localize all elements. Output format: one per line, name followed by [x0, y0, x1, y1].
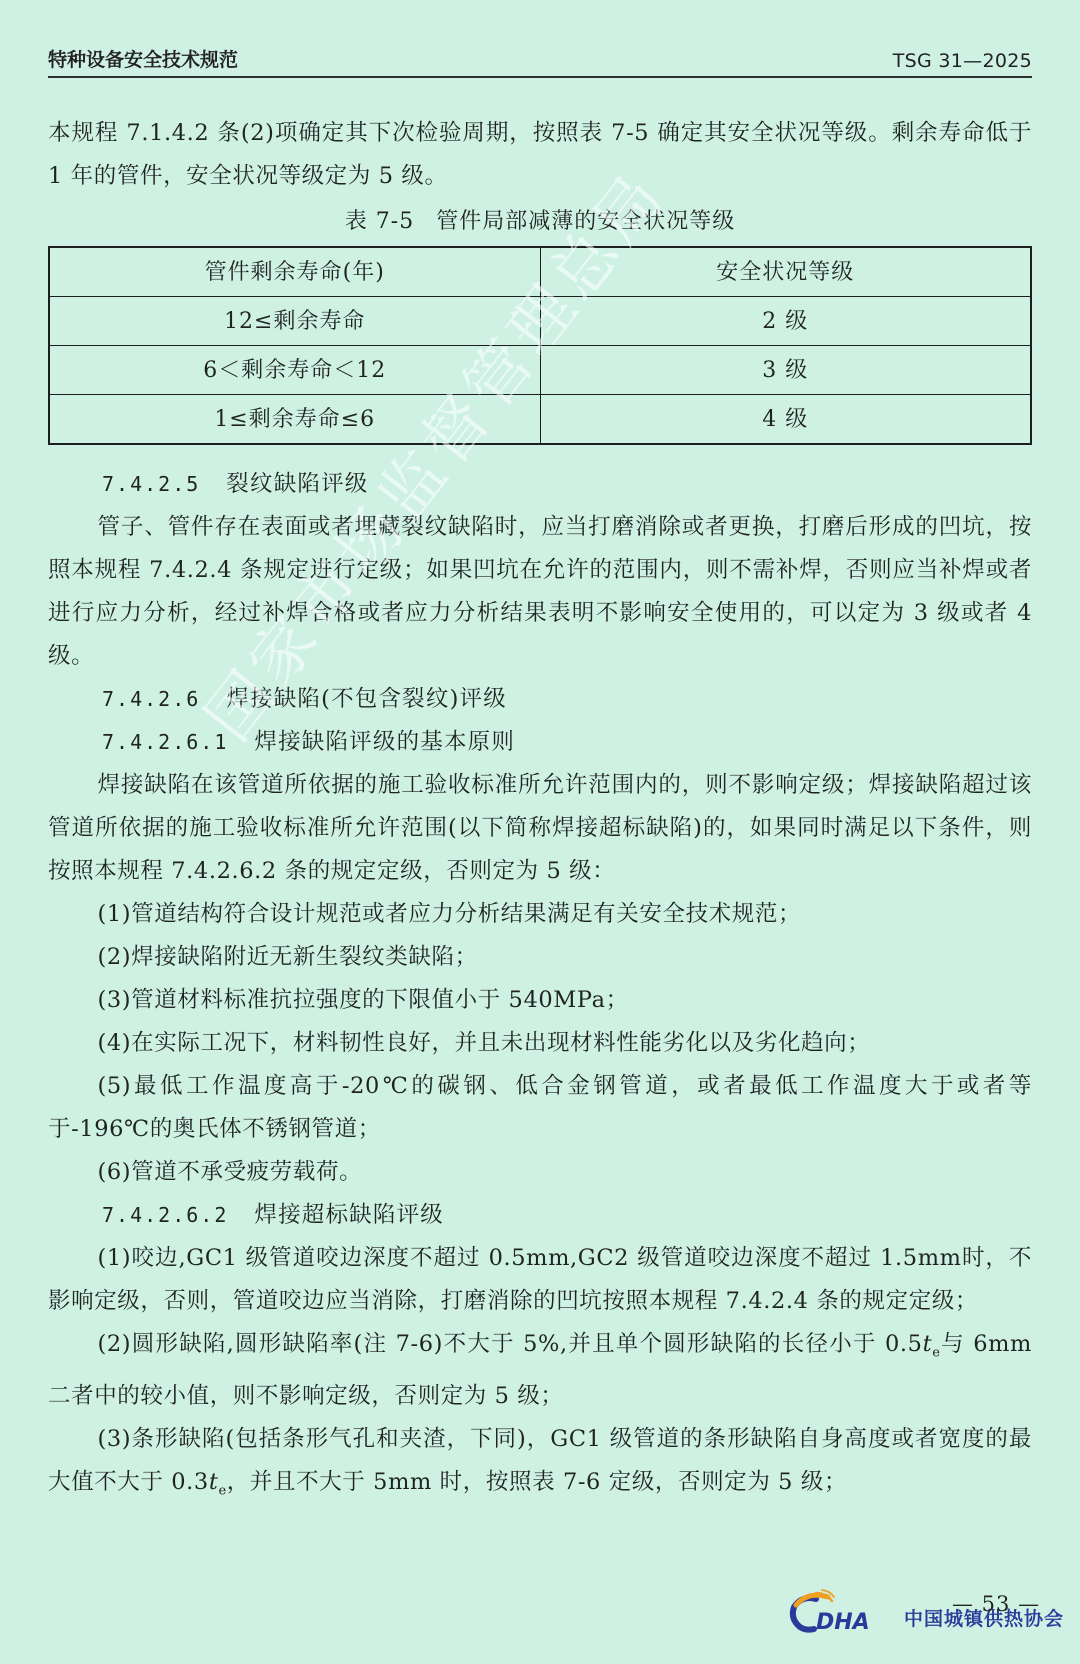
variable-te: te [209, 1469, 227, 1495]
table-cell: 12≤剩余寿命 [49, 297, 540, 346]
table-cell: 1≤剩余寿命≤6 [49, 395, 540, 445]
section-title: 焊接缺陷(不包含裂纹)评级 [226, 686, 507, 712]
section-number: 7.4.2.6.1 [102, 730, 228, 754]
section-title: 焊接超标缺陷评级 [254, 1202, 444, 1228]
list-item: (3)条形缺陷(包括条形气孔和夹渣，下同)，GC1 级管道的条形缺陷自身高度或者… [48, 1418, 1032, 1513]
list-item: (1)咬边,GC1 级管道咬边深度不超过 0.5mm,GC2 级管道咬边深度不超… [48, 1237, 1032, 1323]
table-cell: 6＜剩余寿命＜12 [49, 346, 540, 395]
section-number: 7.4.2.6 [102, 687, 200, 711]
column-header: 安全状况等级 [540, 247, 1031, 297]
cdha-logo-icon: DHA [786, 1589, 898, 1639]
item-text: ，并且不大于 5mm 时，按照表 7-6 定级，否则定为 5 级； [227, 1469, 847, 1495]
intro-paragraph: 本规程 7.1.4.2 条(2)项确定其下次检验周期，按照表 7-5 确定其安全… [48, 112, 1032, 198]
section-title: 裂纹缺陷评级 [226, 471, 368, 497]
table-number: 表 7-5 [345, 209, 414, 234]
list-item: (6)管道不承受疲劳载荷。 [48, 1151, 1032, 1194]
table-header-row: 管件剩余寿命(年) 安全状况等级 [49, 247, 1031, 297]
table-cell: 2 级 [540, 297, 1031, 346]
table-caption: 表 7-5管件局部减薄的安全状况等级 [48, 204, 1032, 240]
list-item: (1)管道结构符合设计规范或者应力分析结果满足有关安全技术规范； [48, 893, 1032, 936]
logo-letters: DHA [816, 1610, 870, 1635]
header-title: 特种设备安全技术规范 [48, 45, 238, 72]
list-item: (2)焊接缺陷附近无新生裂纹类缺陷； [48, 936, 1032, 979]
section-heading-7425: 7.4.2.5裂纹缺陷评级 [48, 463, 1032, 506]
page-content: 本规程 7.1.4.2 条(2)项确定其下次检验周期，按照表 7-5 确定其安全… [48, 112, 1032, 1512]
page-number: — 53 — [952, 1592, 1040, 1616]
list-item: (3)管道材料标准抗拉强度的下限值小于 540MPa； [48, 979, 1032, 1022]
paragraph: 焊接缺陷在该管道所依据的施工验收标准所允许范围内的，则不影响定级；焊接缺陷超过该… [48, 764, 1032, 893]
section-heading-7426: 7.4.2.6焊接缺陷(不包含裂纹)评级 [48, 678, 1032, 721]
table-row: 12≤剩余寿命 2 级 [49, 297, 1031, 346]
list-item: (2)圆形缺陷,圆形缺陷率(注 7-6)不大于 5%,并且单个圆形缺陷的长径小于… [48, 1323, 1032, 1418]
running-header: 特种设备安全技术规范 TSG 31—2025 [48, 40, 1032, 78]
table-row: 1≤剩余寿命≤6 4 级 [49, 395, 1031, 445]
column-header: 管件剩余寿命(年) [49, 247, 540, 297]
table-row: 6＜剩余寿命＜12 3 级 [49, 346, 1031, 395]
item-text: (2)圆形缺陷,圆形缺陷率(注 7-6)不大于 5%,并且单个圆形缺陷的长径小于… [98, 1331, 923, 1357]
section-number: 7.4.2.6.2 [102, 1203, 228, 1227]
list-item: (5)最低工作温度高于-20℃的碳钢、低合金钢管道，或者最低工作温度大于或者等于… [48, 1065, 1032, 1151]
table-title: 管件局部减薄的安全状况等级 [436, 209, 735, 234]
section-heading-74261: 7.4.2.6.1焊接缺陷评级的基本原则 [48, 721, 1032, 764]
header-standard-code: TSG 31—2025 [893, 50, 1032, 72]
safety-grade-table: 管件剩余寿命(年) 安全状况等级 12≤剩余寿命 2 级 6＜剩余寿命＜12 3… [48, 246, 1032, 445]
variable-te: te [923, 1331, 941, 1357]
document-page: 特种设备安全技术规范 TSG 31—2025 本规程 7.1.4.2 条(2)项… [0, 0, 1080, 1664]
paragraph: 管子、管件存在表面或者埋藏裂纹缺陷时，应当打磨消除或者更换，打磨后形成的凹坑，按… [48, 506, 1032, 678]
section-heading-74262: 7.4.2.6.2焊接超标缺陷评级 [48, 1194, 1032, 1237]
section-number: 7.4.2.5 [102, 472, 200, 496]
table-cell: 4 级 [540, 395, 1031, 445]
table-cell: 3 级 [540, 346, 1031, 395]
list-item: (4)在实际工况下，材料韧性良好，并且未出现材料性能劣化以及劣化趋向； [48, 1022, 1032, 1065]
section-title: 焊接缺陷评级的基本原则 [254, 729, 515, 755]
